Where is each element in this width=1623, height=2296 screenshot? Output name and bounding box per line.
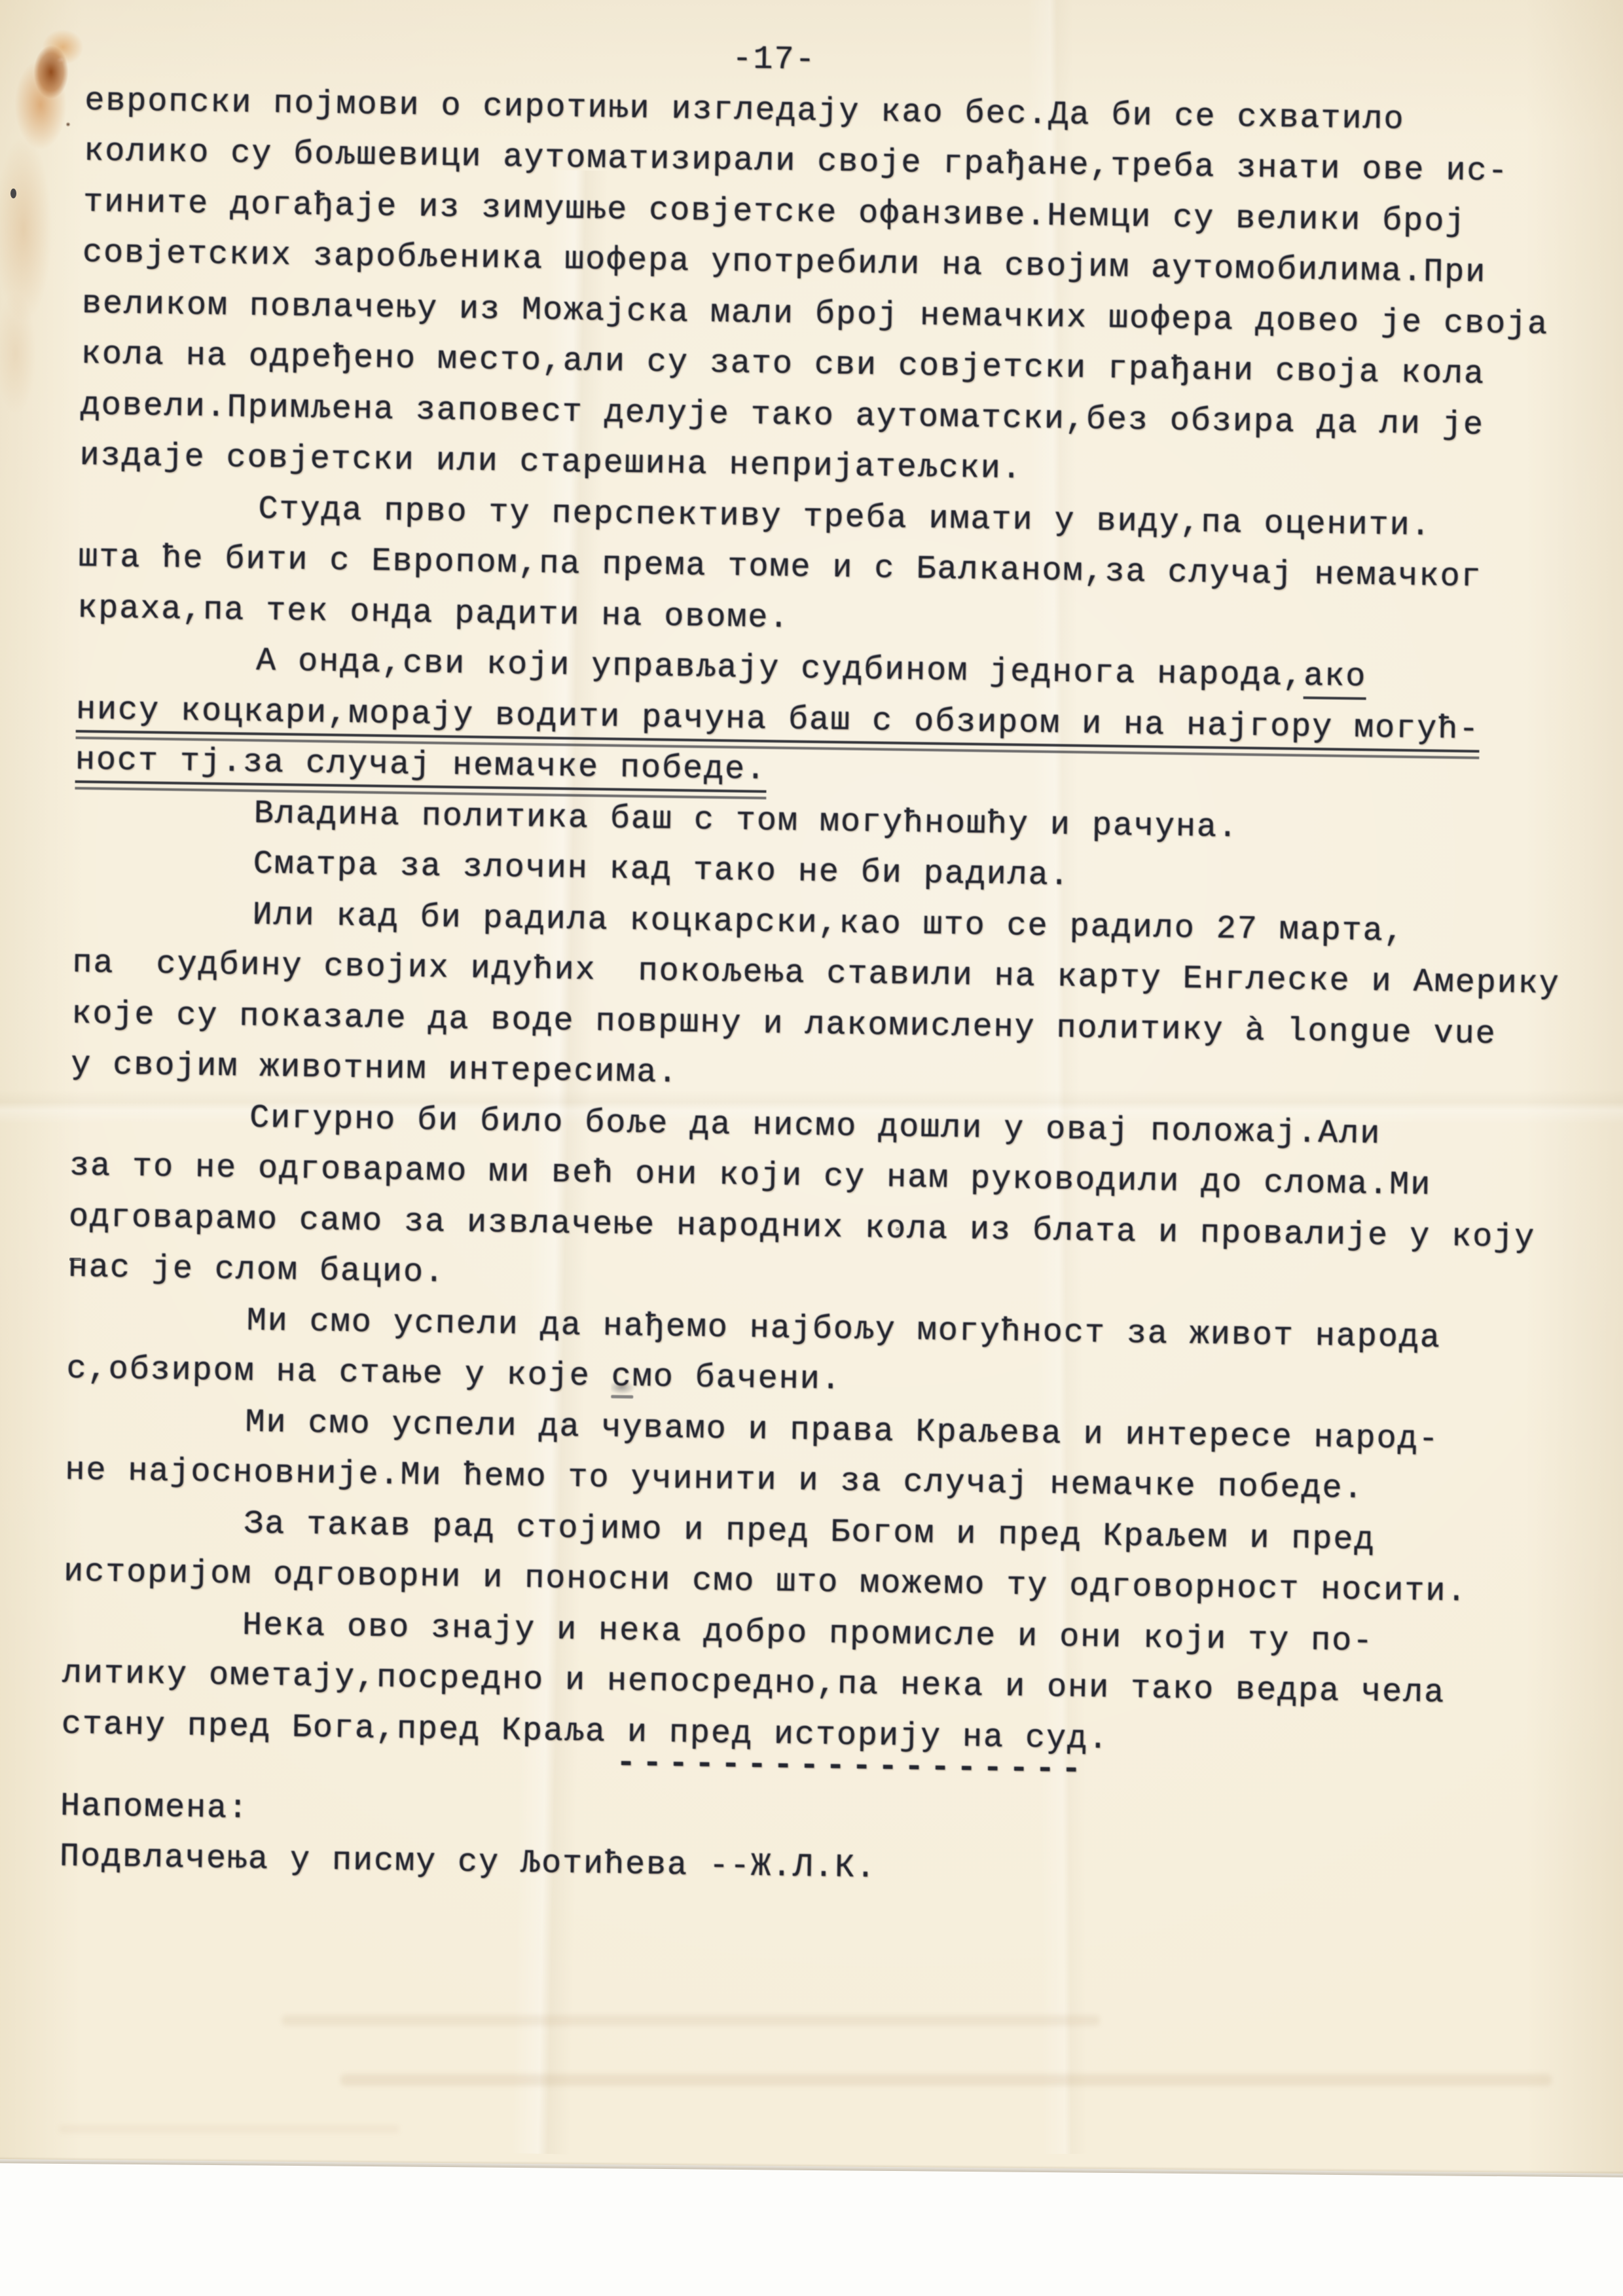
underlined-text: ако bbox=[1304, 658, 1367, 700]
overstruck-word: смо bbox=[611, 1358, 674, 1396]
letter-body: -17- европски појмови о сиротињи изгледа… bbox=[0, 24, 1623, 1906]
